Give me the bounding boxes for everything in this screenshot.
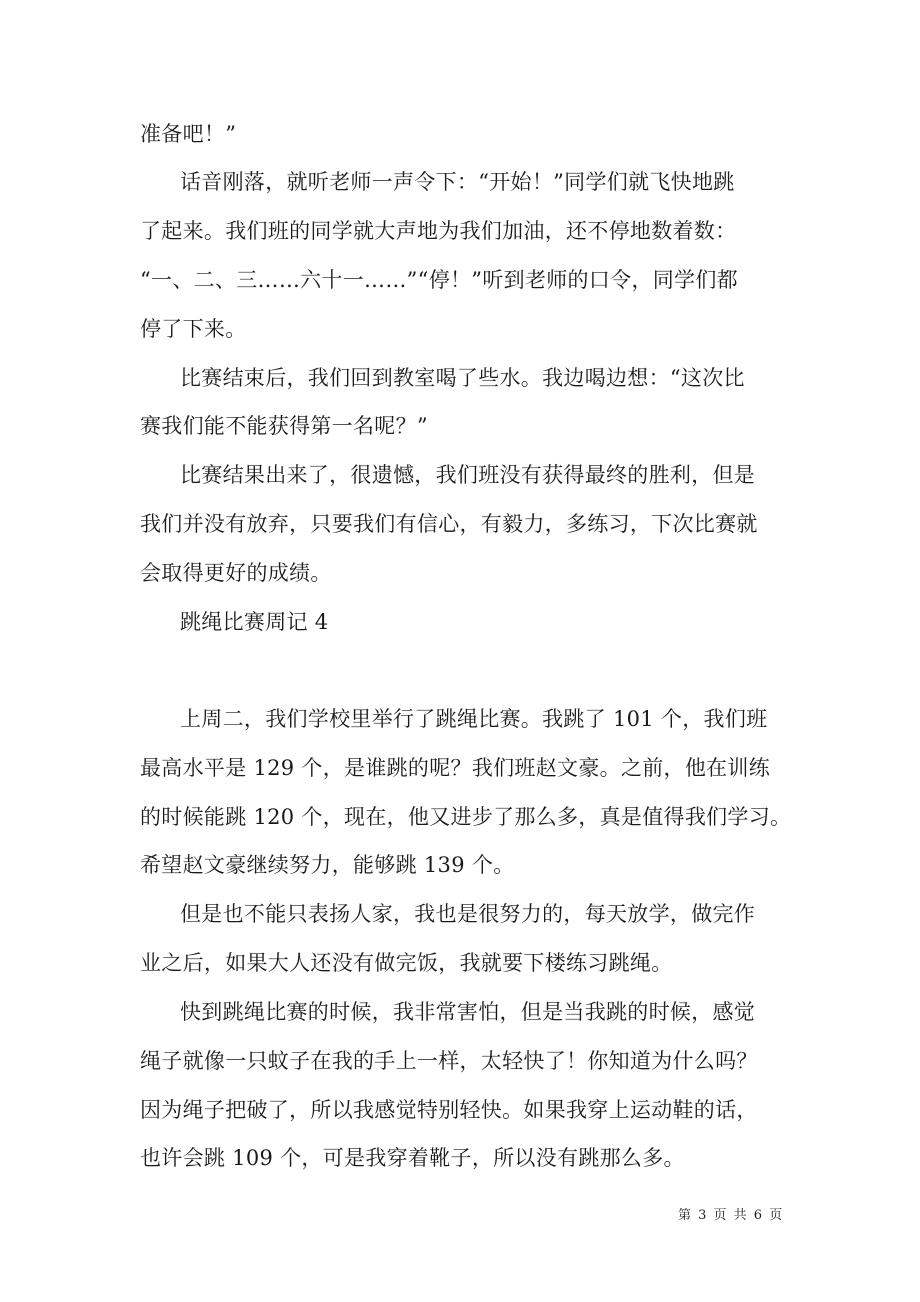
text-line: 比赛结束后，我们回到教室喝了些水。我边喝边想：“这次比 xyxy=(180,365,745,391)
page-indicator: 第 3 页 共 6 页 xyxy=(678,1208,782,1224)
text-line: 快到跳绳比赛的时候，我非常害怕，但是当我跳的时候，感觉 xyxy=(180,999,755,1025)
text-line: 的时候能跳 120 个，现在，他又进步了那么多，真是值得我们学习。 xyxy=(140,804,791,830)
text-line: 上周二，我们学校里举行了跳绳比赛。我跳了 101 个，我们班 xyxy=(180,706,767,732)
text-line: 赛我们能不能获得第一名呢？” xyxy=(140,413,428,439)
text-line: 会取得更好的成绩。 xyxy=(140,560,332,586)
text-line: 业之后，如果大人还没有做完饭，我就要下楼练习跳绳。 xyxy=(140,950,673,976)
text-line: 准备吧！” xyxy=(140,121,236,147)
text-line: 但是也不能只表扬人家，我也是很努力的，每天放学，做完作 xyxy=(180,901,755,927)
text-line: 希望赵文豪继续努力，能够跳 139 个。 xyxy=(140,852,514,878)
text-line: 也许会跳 109 个，可是我穿着靴子，所以没有跳那么多。 xyxy=(140,1145,685,1171)
text-line: 最高水平是 129 个，是谁跳的呢？我们班赵文豪。之前，他在训练 xyxy=(140,755,770,781)
text-line: 我们并没有放弃，只要我们有信心，有毅力，多练习，下次比赛就 xyxy=(140,511,758,537)
text-line: 绳子就像一只蚊子在我的手上一样，太轻快了！你知道为什么吗？ xyxy=(140,1048,758,1074)
text-line: 比赛结果出来了，很遗憾，我们班没有获得最终的胜利，但是 xyxy=(180,462,755,488)
text-line: 停了下来。 xyxy=(140,316,247,342)
text-line: 话音刚落，就听老师一声令下：“开始！”同学们就飞快地跳 xyxy=(180,169,735,195)
document-page: 准备吧！” 话音刚落，就听老师一声令下：“开始！”同学们就飞快地跳 了起来。我们… xyxy=(0,0,920,1302)
text-line: “一、二、三……六十一……”“停！”听到老师的口令，同学们都 xyxy=(140,267,738,293)
text-line: 了起来。我们班的同学就大声地为我们加油，还不停地数着数： xyxy=(140,218,736,244)
text-line: 因为绳子把破了，所以我感觉特别轻快。如果我穿上运动鞋的话， xyxy=(140,1097,758,1123)
section-heading: 跳绳比赛周记 4 xyxy=(180,609,328,635)
